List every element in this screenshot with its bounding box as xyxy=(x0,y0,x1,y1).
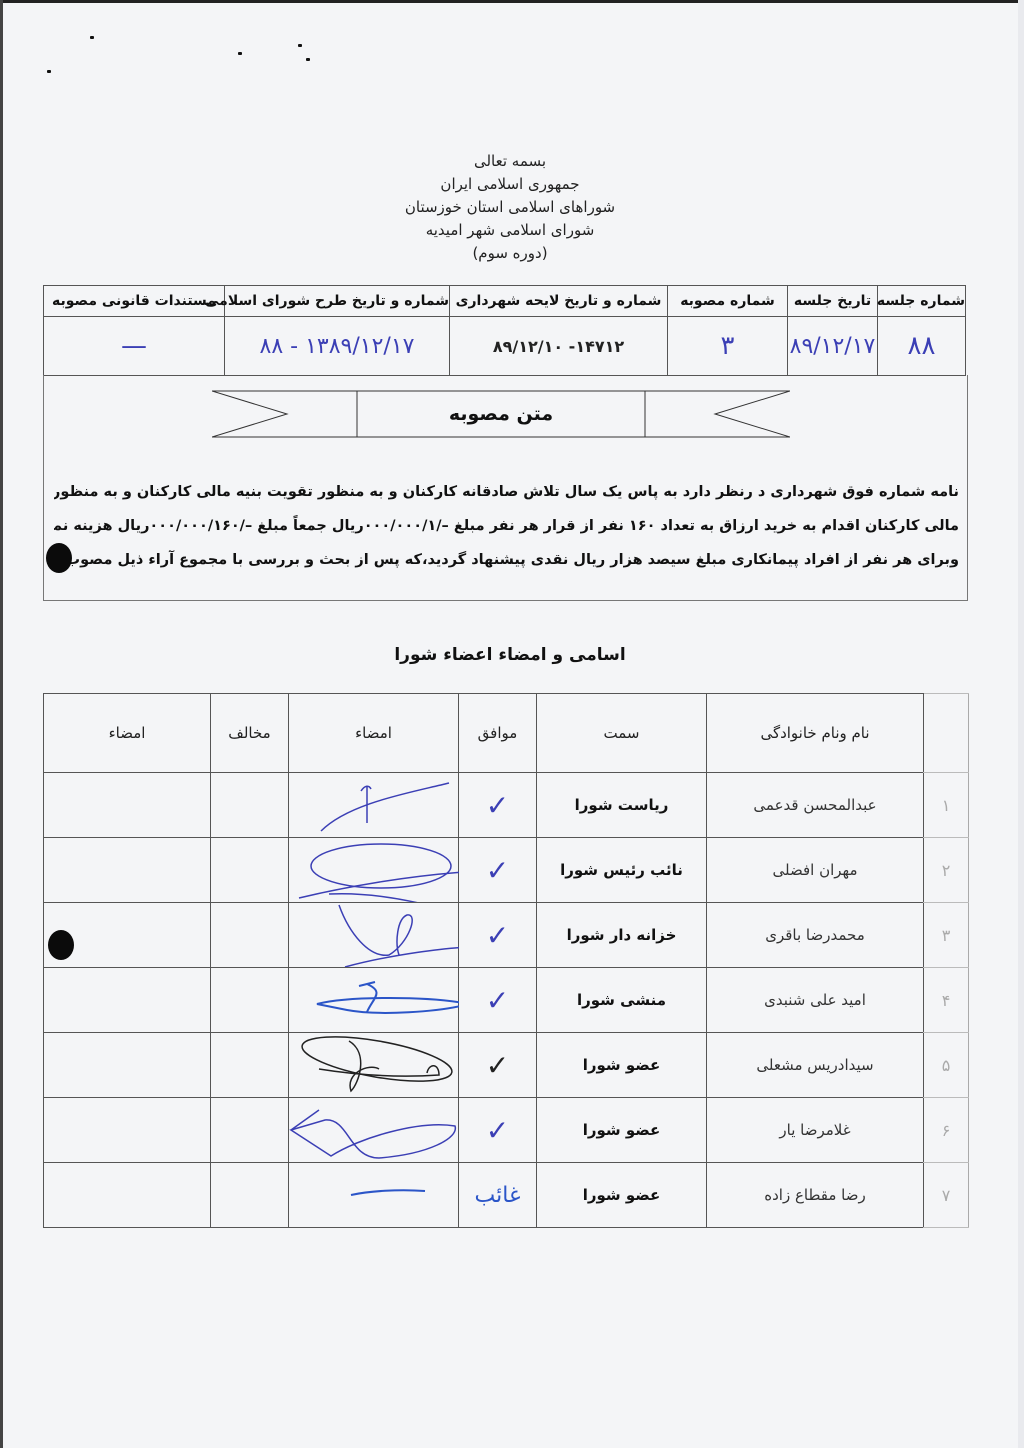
resolution-number-value: ۳ xyxy=(668,317,788,376)
dash-mark xyxy=(289,1163,459,1227)
session-date-value: ۸۹/۱۲/۱۷ xyxy=(788,317,878,376)
absent-mark: غائب xyxy=(459,1163,537,1228)
members-section-title: اسامی و امضاء اعضاء شورا xyxy=(300,645,720,665)
agree-check: ✓ xyxy=(459,1098,537,1163)
scan-speck xyxy=(238,52,242,55)
scan-speck xyxy=(47,70,51,73)
member-row: ۲ مهران افضلی نائب رئیس شورا ✓ xyxy=(44,838,969,903)
header-session-number: شماره جلسه xyxy=(878,286,966,317)
signature-scribble xyxy=(289,838,459,902)
signature-scribble xyxy=(289,903,459,967)
agree-signature xyxy=(289,903,459,968)
scan-edge-left xyxy=(0,0,3,1448)
member-name: محمدرضا باقری xyxy=(707,903,924,968)
approval-text-box: متن مصوبه نامه شماره فوق شهرداری د رنظر … xyxy=(43,375,968,601)
row-number: ۲ xyxy=(924,838,969,903)
ink-blot xyxy=(48,930,74,960)
oppose-check xyxy=(211,903,289,968)
session-number-value: ۸۸ xyxy=(878,317,966,376)
member-name: مهران افضلی xyxy=(707,838,924,903)
member-row: ۴ امید علی شنبدی منشی شورا ✓ xyxy=(44,968,969,1033)
approval-body: نامه شماره فوق شهرداری د رنظر دارد به پا… xyxy=(54,475,959,577)
row-number: ۳ xyxy=(924,903,969,968)
member-role: خزانه دار شورا xyxy=(537,903,707,968)
oppose-check xyxy=(211,1098,289,1163)
approval-line-1: نامه شماره فوق شهرداری د رنظر دارد به پا… xyxy=(54,475,959,509)
oppose-signature xyxy=(44,968,211,1033)
member-name: سیدادریس مشعلی xyxy=(707,1033,924,1098)
scan-speck xyxy=(90,36,94,39)
row-number: ۵ xyxy=(924,1033,969,1098)
agree-signature xyxy=(289,1098,459,1163)
member-name: رضا مقطاع زاده xyxy=(707,1163,924,1228)
member-row: ۳ محمدرضا باقری خزانه دار شورا ✓ xyxy=(44,903,969,968)
member-row: ۱ عبدالمحسن قدعمی ریاست شورا ✓ xyxy=(44,773,969,838)
member-name: عبدالمحسن قدعمی xyxy=(707,773,924,838)
council-members-table: نام ونام خانوادگی سمت موافق امضاء مخالف … xyxy=(43,693,969,1228)
header-line-country: جمهوری اسلامی ایران xyxy=(330,173,690,196)
header-row-number xyxy=(924,694,969,773)
oppose-signature xyxy=(44,1098,211,1163)
member-role: عضو شورا xyxy=(537,1098,707,1163)
member-name: غلامرضا یار xyxy=(707,1098,924,1163)
ink-blot xyxy=(46,543,72,573)
row-number: ۷ xyxy=(924,1163,969,1228)
header-municipal-bill: شماره و تاریخ لایحه شهرداری xyxy=(450,286,668,317)
header-resolution-number: شماره مصوبه xyxy=(668,286,788,317)
signature-scribble xyxy=(289,1098,459,1162)
legal-basis-value: — xyxy=(44,317,225,376)
agree-signature xyxy=(289,1033,459,1098)
oppose-check xyxy=(211,1163,289,1228)
header-role: سمت xyxy=(537,694,707,773)
scan-edge-right xyxy=(1018,0,1024,1448)
oppose-check xyxy=(211,773,289,838)
member-role: نائب رئیس شورا xyxy=(537,838,707,903)
agree-check: ✓ xyxy=(459,838,537,903)
member-row: ۶ غلامرضا یار عضو شورا ✓ xyxy=(44,1098,969,1163)
agree-check: ✓ xyxy=(459,773,537,838)
header-agree-signature: امضاء xyxy=(289,694,459,773)
council-plan-value: ۱۳۸۹/۱۲/۱۷ - ۸۸ xyxy=(225,317,450,376)
header-council-plan: شماره و تاریخ طرح شورای اسلامی xyxy=(225,286,450,317)
signature-scribble xyxy=(289,773,459,837)
municipal-bill-value: ۸۹/۱۲/۱۰ -۱۴۷۱۲ xyxy=(450,317,668,376)
header-oppose: مخالف xyxy=(211,694,289,773)
header-oppose-signature: امضاء xyxy=(44,694,211,773)
agree-check: ✓ xyxy=(459,968,537,1033)
header-line-city-council: شورای اسلامی شهر امیدیه xyxy=(330,219,690,242)
oppose-signature xyxy=(44,773,211,838)
member-role: ریاست شورا xyxy=(537,773,707,838)
member-row: ۷ رضا مقطاع زاده عضو شورا غائب xyxy=(44,1163,969,1228)
agree-signature xyxy=(289,838,459,903)
document-header: بسمه تعالی جمهوری اسلامی ایران شوراهای ا… xyxy=(330,150,690,265)
oppose-signature xyxy=(44,1163,211,1228)
oppose-signature xyxy=(44,838,211,903)
oppose-check xyxy=(211,1033,289,1098)
header-line-term: (دوره سوم) xyxy=(330,242,690,265)
header-name: نام ونام خانوادگی xyxy=(707,694,924,773)
agree-signature xyxy=(289,968,459,1033)
member-role: منشی شورا xyxy=(537,968,707,1033)
oppose-signature xyxy=(44,1033,211,1098)
scan-edge-top xyxy=(0,0,1024,3)
agree-check: ✓ xyxy=(459,903,537,968)
row-number: ۱ xyxy=(924,773,969,838)
member-name: امید علی شنبدی xyxy=(707,968,924,1033)
row-number: ۴ xyxy=(924,968,969,1033)
scan-speck xyxy=(306,58,310,61)
agree-check: ✓ xyxy=(459,1033,537,1098)
scan-speck xyxy=(298,44,302,47)
approval-line-3: وبرای هر نفر از افراد پیمانکاری مبلغ سیص… xyxy=(54,543,959,577)
approval-title: متن مصوبه xyxy=(357,390,645,438)
header-line-bismillah: بسمه تعالی xyxy=(330,150,690,173)
header-legal-basis: مستندات قانونی مصوبه xyxy=(44,286,225,317)
signature-scribble xyxy=(289,1033,459,1097)
signature-scribble xyxy=(289,968,459,1032)
member-row: ۵ سیدادریس مشعلی عضو شورا ✓ xyxy=(44,1033,969,1098)
agree-signature xyxy=(289,773,459,838)
agree-signature xyxy=(289,1163,459,1228)
approval-title-ribbon: متن مصوبه xyxy=(212,390,790,438)
member-role: عضو شورا xyxy=(537,1163,707,1228)
row-number: ۶ xyxy=(924,1098,969,1163)
approval-line-2: مالی کارکنان اقدام به خرید ارزاق به تعدا… xyxy=(54,509,959,543)
oppose-check xyxy=(211,838,289,903)
header-line-province: شوراهای اسلامی استان خوزستان xyxy=(330,196,690,219)
header-session-date: تاریخ جلسه xyxy=(788,286,878,317)
header-agree: موافق xyxy=(459,694,537,773)
resolution-info-table: شماره جلسه تاریخ جلسه شماره مصوبه شماره … xyxy=(43,285,966,376)
oppose-check xyxy=(211,968,289,1033)
member-role: عضو شورا xyxy=(537,1033,707,1098)
